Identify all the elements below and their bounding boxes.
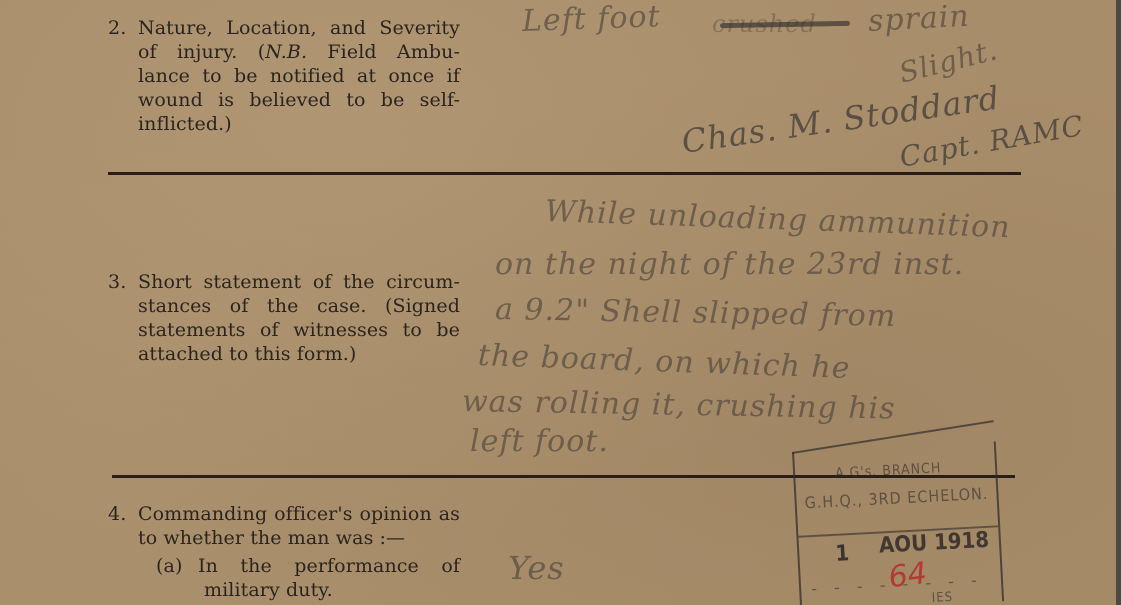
sub-a-line-2: military duty. [204,578,333,602]
handwritten-statement-line-3: a 9.2" Shell slipped from [495,290,897,337]
stamp-date-month-year: AOU 1918 [878,528,989,559]
section-3-line-2: stances of the case. (Signed [138,294,460,318]
section-3-line-3: statements of witnesses to be [138,318,460,342]
section-2-line-4: wound is believed to be self- [138,88,460,112]
handwritten-injury-type: sprain [867,0,971,42]
stamp-branch: A.G's. BRANCH [835,460,942,482]
handwritten-injury-location: Left foot [521,0,661,42]
section-2-number: 2. [108,16,126,40]
handwritten-answer-yes: Yes [508,548,565,588]
handwritten-statement-line-4: the board, on which he [477,336,851,389]
scan-right-border [1116,0,1121,605]
receipt-stamp: A.G's. BRANCH G.H.Q., 3RD ECHELON. 1 AOU… [792,441,1004,605]
sub-a-label: (a) [156,554,182,578]
section-2-printed: 2. Nature, Location, and Severity of inj… [108,16,468,146]
scanned-form-page: 2. Nature, Location, and Severity of inj… [0,0,1116,605]
section-2-line-2: of injury. (N.B. Field Ambu- [138,40,460,64]
section-3-line-1: Short statement of the circum- [138,270,460,294]
handwritten-statement-line-2: on the night of the 23rd inst. [495,245,964,285]
sub-a-line-1: In the performance of [198,554,460,578]
section-3-line-4: attached to this form.) [138,342,460,366]
stamp-date-day: 1 [835,541,851,567]
handwritten-statement-line-6: left foot. [470,422,609,462]
section-4-line-2: to whether the man was :— [138,526,460,550]
section-divider-1 [108,172,1021,175]
section-3-printed: 3. Short statement of the circum- stance… [108,270,468,370]
nb-abbreviation: N.B. [265,41,307,63]
section-4-line-1: Commanding officer's opinion as [138,502,460,526]
section-4-printed: 4. Commanding officer's opinion as to wh… [108,502,468,602]
stamp-bottom-text: IES [931,590,953,605]
section-2-line-3: lance to be notified at once if [138,64,460,88]
section-2-line-5: inflicted.) [138,112,460,136]
stamp-echelon: G.H.Q., 3RD ECHELON. [804,484,989,513]
section-2-line-1: Nature, Location, and Severity [138,16,460,40]
handwritten-statement-line-1: While unloading ammunition [544,192,1011,248]
section-3-number: 3. [108,270,126,294]
section-4-number: 4. [108,502,126,526]
